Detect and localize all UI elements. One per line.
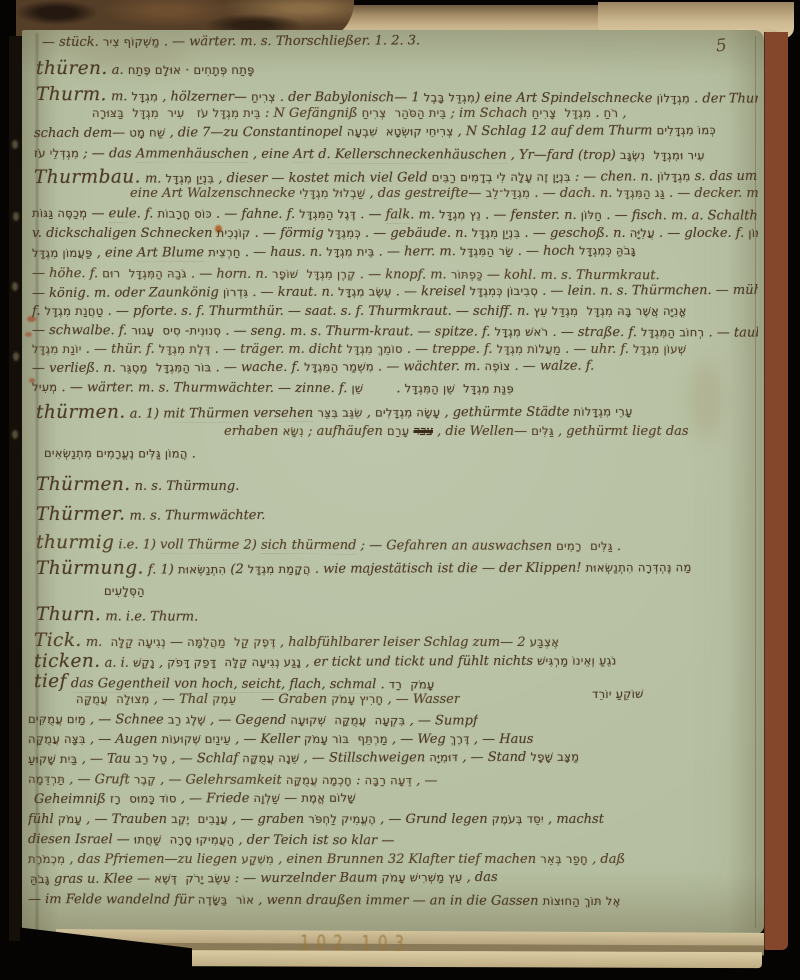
text-segment: . — taube. f. bbox=[704, 325, 758, 340]
hebrew-gloss: קֶרֶן מִגְדָּל bbox=[306, 267, 355, 281]
hebrew-gloss: דֶּגֶל הַמִּגְדָּל bbox=[299, 207, 356, 221]
text-segment: , — Sumpf bbox=[405, 713, 477, 728]
manuscript-line: תַּרְדֵּמָה , — Gruft קֶבֶר , — Gelehrsa… bbox=[28, 773, 438, 789]
text-segment: s. das ummauerte— bbox=[691, 169, 758, 185]
manuscript-line: Thurmbau. m. בִּנְיַן מִגְדָּל , dieser … bbox=[34, 164, 758, 188]
text-segment: . — wärter. m. s. Thorschließer. 1. 2. 3… bbox=[160, 34, 421, 49]
hebrew-gloss: עָמֹק bbox=[410, 677, 434, 691]
text-segment: 2 bbox=[517, 635, 529, 650]
manuscript-line: thüren. a. פָּתַח פְּתָחִים · אוּלָם פֶּ… bbox=[36, 58, 255, 79]
text-segment: — bbox=[166, 635, 187, 650]
hebrew-gloss: דֶּפֶק קַל bbox=[234, 635, 276, 649]
hebrew-gloss: צְרִיחֵי קוּשְׂטָא bbox=[386, 124, 454, 138]
hebrew-gloss: מִגְדָּל bbox=[565, 107, 592, 120]
hebrew-gloss: עָשָׂה מִגְדָּלִים bbox=[375, 405, 440, 419]
text-segment: . — wächter. m. bbox=[374, 360, 485, 375]
hebrew-gloss: עֵינַיִם שְׁקוּעוֹת bbox=[162, 733, 231, 746]
manuscript-line: thurmig i.e. 1) voll Thürme 2) sich thür… bbox=[36, 532, 621, 555]
text-segment: , bbox=[363, 406, 375, 421]
text-segment: , das gestreifte— bbox=[365, 187, 485, 201]
text-segment: , daß bbox=[588, 853, 625, 867]
text-segment: , eine bbox=[249, 147, 294, 162]
manuscript-line: גָּבֹהַּ gras u. Klee — עֵשֶׂב יָרֹק דֶּ… bbox=[30, 871, 498, 888]
manuscript-line: tief das Gegentheil von hoch, seicht, fl… bbox=[34, 671, 435, 694]
hebrew-gloss: שַׁחֲתוּ bbox=[134, 833, 162, 846]
hebrew-gloss: צוֹפֶה bbox=[485, 360, 511, 373]
text-segment: , N Schlag 12 auf dem Thurm bbox=[453, 124, 656, 139]
text-segment: , — Trauben bbox=[82, 813, 171, 827]
text-segment: — bbox=[87, 207, 108, 221]
hebrew-gloss: עָמֹק bbox=[58, 813, 82, 826]
text-segment: . — träger. m. dicht bbox=[211, 343, 347, 357]
hebrew-gloss: מִגְדַּל־לֵב bbox=[485, 187, 530, 200]
hebrew-gloss: בֵּית הַסֹּהַר bbox=[395, 107, 447, 120]
text-segment: förmig bbox=[280, 227, 324, 242]
text-segment: m. i.e. Thurm. bbox=[101, 609, 198, 624]
hebrew-gloss: שֵׁן bbox=[351, 381, 363, 395]
text-segment: . — bbox=[251, 227, 281, 241]
hebrew-gloss: שַׂר הַמִּגְדָּל bbox=[460, 244, 514, 258]
text-segment: diesen Israel — bbox=[28, 833, 134, 847]
manuscript-line: Thürmung. f. 1) הֲקָמַת מִגְדָּל 2) הִתְ… bbox=[36, 555, 692, 579]
entry-headword: Thurn. bbox=[36, 604, 101, 625]
hebrew-gloss: פָּתַח פְּתָחִים bbox=[194, 63, 255, 77]
hebrew-gloss: צָרִיחַ bbox=[532, 107, 557, 120]
text-segment: , — Schnee bbox=[86, 713, 168, 727]
hebrew-gloss: יִסֵּד בְּעֹמֶק bbox=[492, 813, 544, 826]
text-segment: . — geschoß. n. bbox=[520, 227, 629, 241]
manuscript-line: הֲמוֹן גַּלִּים נֶעֱרָמִים מִתְנַשְּׂאִי… bbox=[44, 447, 196, 462]
manuscript-line: בֵּית מִגְדָּל עֹז עִיר מִגְדָּל בַּצּוּ… bbox=[92, 107, 627, 122]
hebrew-gloss: מִשְׁמַר הַמִּגְדָּל bbox=[304, 360, 374, 374]
text-segment: eine Art Walzenschnecke bbox=[130, 187, 295, 202]
text-segment: m. bbox=[141, 171, 166, 186]
text-segment bbox=[154, 324, 162, 338]
text-segment: sich thürmend bbox=[261, 538, 357, 555]
text-segment: . — pforte. s. f. Thurmthür. — saat. s. … bbox=[103, 305, 473, 319]
text-segment: , Yr—fard (trop) bbox=[507, 148, 620, 163]
manuscript-line: — im Felde wandelnd für אוֹר בַּשָּׂדֶה … bbox=[28, 893, 621, 910]
manuscript-line: — könig. m. oder Zaunkönig גִּדְרוֹן . —… bbox=[32, 284, 758, 302]
text-segment: : bbox=[352, 773, 365, 788]
text-segment: . — bbox=[356, 207, 386, 222]
hebrew-gloss: סוֹד כָּמוּס bbox=[129, 792, 176, 806]
hebrew-gloss: רָז bbox=[110, 792, 121, 806]
hebrew-gloss: מַיִם עֲמֻקִּים bbox=[28, 713, 86, 726]
red-fore-edge bbox=[764, 32, 788, 950]
entry-headword: Thürmen. bbox=[36, 474, 131, 495]
hebrew-gloss: עָרַם bbox=[387, 425, 409, 438]
text-segment: , die 7—zu Constantinopel bbox=[165, 125, 346, 141]
hebrew-gloss: הִתְנַשְּׂאוּת bbox=[178, 562, 226, 576]
manuscript-line: מִגְדְּלֵי עֹז ; — das Ammenhäuschen , e… bbox=[34, 147, 705, 164]
manuscript-line: ticken. a. i. נָגַע נְגִיעָה קַלָּה דָּפ… bbox=[34, 648, 617, 672]
text-segment: aufhäufen bbox=[317, 425, 383, 440]
manuscript-line: diesen Israel — הַעֲמִיקוּ סָרָה שַׁחֲתו… bbox=[28, 833, 394, 849]
hebrew-gloss: חָרִיץ עָמֹק bbox=[331, 693, 383, 706]
manuscript-line: מְכַסֶּה גַּגּוֹת — eule. f. כּוֹס חֳרָב… bbox=[32, 207, 758, 224]
text-segment: , — Augen bbox=[86, 733, 162, 747]
manuscript-line: הַסְּלָעִים bbox=[104, 585, 145, 600]
hebrew-gloss: מַהֲלֻמָּה bbox=[187, 635, 226, 649]
hebrew-gloss: רָמִים bbox=[556, 539, 582, 553]
hebrew-gloss: בּוֹר עָמֹק bbox=[304, 733, 349, 746]
manuscript-line: — stück. מַשְׁקוֹף צִיר . — wärter. m. s… bbox=[42, 34, 420, 51]
text-segment: — im Felde wandelnd für bbox=[28, 893, 198, 908]
hebrew-gloss: שַׁח מָט bbox=[129, 125, 165, 139]
text-segment: mit Thürmen versehen bbox=[163, 406, 313, 423]
text-segment: voll Thürme bbox=[160, 537, 239, 554]
text-segment bbox=[556, 107, 564, 121]
hebrew-gloss: עֲנָבִים bbox=[198, 813, 228, 826]
hebrew-gloss: מִגְדָּלוֹן bbox=[657, 91, 690, 105]
text-segment: ; — Gefahren an auswachsen bbox=[356, 538, 556, 554]
hebrew-gloss: עֲמֻקָּה bbox=[76, 693, 108, 706]
manuscript-line: בַּיִת שָׁקוּעַ , — Tau טַל רַב , — Schl… bbox=[28, 751, 579, 768]
text-segment bbox=[226, 635, 234, 650]
text-segment bbox=[455, 381, 463, 396]
hebrew-gloss: גַּלִּים bbox=[590, 539, 613, 553]
hebrew-gloss: בִּנְיַן מִגְדָּל bbox=[166, 171, 215, 185]
hebrew-gloss: נֵץ מִגְדָּל bbox=[439, 207, 481, 221]
text-segment: , — Friede bbox=[177, 792, 254, 807]
text-segment: eule bbox=[109, 207, 137, 223]
text-segment: ; — das bbox=[79, 147, 136, 161]
manuscript-line: בִּצָּה עֲמֻקָּה , — Augen עֵינַיִם שְׁק… bbox=[28, 733, 533, 748]
hebrew-gloss: תַּרְדֵּמָה bbox=[28, 773, 65, 786]
hebrew-gloss: עָגוּר bbox=[131, 324, 154, 337]
text-segment: , gethürmt liegt das bbox=[554, 425, 689, 439]
text-segment bbox=[386, 107, 394, 121]
text-segment: . — fenster. n. bbox=[481, 208, 581, 223]
hebrew-gloss: רַד bbox=[389, 677, 402, 691]
hebrew-gloss: יֶקֶב bbox=[171, 813, 189, 826]
hebrew-gloss: חַלּוֹן bbox=[581, 208, 603, 222]
text-segment: Geheimniß bbox=[34, 792, 110, 807]
text-segment: erhaben bbox=[224, 425, 278, 440]
text-segment: n. s. Thürmung. bbox=[131, 479, 240, 494]
hebrew-gloss: פַּעֲמוֹן מִגְדָּל bbox=[32, 246, 93, 260]
text-segment: Ammenhäuschen bbox=[136, 147, 249, 164]
hebrew-gloss: גָּבֹהַּ כְּמִגְדָּל bbox=[579, 244, 636, 257]
text-segment: , — Haus bbox=[470, 733, 534, 747]
hebrew-gloss: מִגְדָּלוֹן bbox=[657, 169, 690, 183]
text-segment: , bbox=[618, 107, 626, 121]
hebrew-gloss: גֹּבַהּ הַמִּגְדָּל bbox=[129, 267, 187, 281]
hebrew-gloss: הֲקָמַת מִגְדָּל bbox=[248, 562, 311, 576]
entry-headword: thurmig bbox=[36, 532, 114, 553]
text-segment: , — Schlaf bbox=[167, 751, 242, 766]
manuscript-line: Thürmen. n. s. Thürmung. bbox=[36, 474, 239, 495]
entry-headword: Thürmer. bbox=[36, 504, 125, 525]
hebrew-gloss: סִיס bbox=[163, 324, 181, 338]
hebrew-gloss: בִּצָּה עֲמֻקָּה bbox=[28, 733, 86, 746]
hebrew-gloss: נְגִיעָה קַלָּה bbox=[111, 635, 166, 649]
manuscript-line: Thurn. m. i.e. Thurm. bbox=[36, 604, 198, 626]
entry-headword: ticken. bbox=[34, 651, 101, 672]
hebrew-gloss: מַצָּב שָׁפָל bbox=[530, 751, 579, 764]
hebrew-gloss: מִגְדְּלֵי עֹז bbox=[34, 147, 79, 160]
hebrew-gloss: נִשְׂגָּב bbox=[620, 148, 645, 162]
manuscript-text: — stück. מַשְׁקוֹף צִיר . — wärter. m. s… bbox=[0, 0, 762, 930]
hebrew-gloss: פַּעֲמוֹן bbox=[748, 227, 758, 240]
text-segment: , — Stillschweigen bbox=[299, 751, 429, 766]
manuscript-line: שׁוֹקֵעַ יוֹרֵד bbox=[592, 688, 644, 703]
text-segment: . — wärter. m. s. Thurmwächter. — zinne.… bbox=[57, 381, 351, 396]
hebrew-gloss: עֵץ מַשְׁרִישׁ עָמֹק bbox=[382, 871, 463, 885]
text-segment bbox=[378, 124, 386, 139]
hebrew-gloss: דּוּמִיָּה bbox=[429, 751, 458, 765]
text-segment: 2) bbox=[226, 562, 248, 577]
hebrew-gloss: דָּפַק דָּפֹק bbox=[167, 655, 216, 669]
hebrew-gloss: רְחוֹב הַמִּגְדָּל bbox=[641, 325, 704, 339]
entry-headword: tief bbox=[34, 671, 67, 692]
hebrew-gloss: בֵּית מִגְדָּל bbox=[326, 245, 374, 259]
text-segment: , — Weg bbox=[388, 733, 450, 747]
hebrew-gloss: עֵמֶק bbox=[212, 693, 236, 706]
hebrew-gloss: מִשְׁקָע bbox=[241, 853, 274, 866]
hebrew-gloss: צְרִיחַ bbox=[362, 107, 387, 120]
text-segment: . bbox=[188, 447, 196, 462]
manuscript-line: v. dickschaligen Schnecken קוֹנְכִית . —… bbox=[32, 227, 758, 242]
hebrew-gloss: עֲמֻקָּה bbox=[334, 713, 366, 727]
text-segment: , — Grund legen bbox=[376, 813, 492, 827]
hebrew-gloss: הַעֲמִיקוּ סָרָה bbox=[170, 833, 235, 847]
manuscript-line: erhaben נִשָּׂא ; aufhäufen צבר עָרַם , … bbox=[224, 425, 689, 440]
text-segment: . — decker. m. bbox=[665, 187, 758, 201]
text-segment: , er tickt und tickt und fühlt nichts bbox=[301, 654, 537, 670]
text-segment: — verließ. n. bbox=[32, 361, 120, 376]
text-segment: . — uhr. f. bbox=[561, 343, 633, 357]
text-segment bbox=[120, 267, 128, 281]
hebrew-gloss: אֶל תּוֹךְ הַחוּצוֹת bbox=[543, 894, 621, 908]
hebrew-gloss: מִגְדָּל bbox=[132, 89, 159, 103]
hebrew-gloss: שַׁבְלוּל מִגְדָּלִי bbox=[299, 187, 365, 200]
hebrew-gloss: אֳנִיָּה אֲשֶׁר בָּהּ מִגְדָּל bbox=[587, 305, 687, 318]
hebrew-gloss: שׁוֹפָר bbox=[272, 267, 298, 281]
hebrew-gloss: עָרֵי מִגְדָּלוֹת bbox=[574, 404, 633, 418]
text-segment: Schach bbox=[480, 107, 528, 122]
text-segment: a. i. bbox=[100, 656, 133, 671]
hebrew-gloss: קֶבֶר bbox=[134, 773, 156, 786]
text-segment: , — Gruft bbox=[65, 773, 134, 787]
hebrew-gloss: שִׂגֵּב בִּצֵּר bbox=[317, 406, 362, 420]
hebrew-gloss: פִּנַּת מִגְדָּל bbox=[463, 382, 514, 396]
text-segment: , halbfühlbarer leiser Schlag zum— bbox=[276, 635, 517, 650]
text-segment: : — chen. n. bbox=[571, 169, 657, 184]
text-segment: 2) bbox=[239, 538, 261, 553]
entry-headword: thürmen. bbox=[36, 402, 126, 423]
text-segment: . — gebäude. n. bbox=[361, 227, 472, 241]
text-segment: . bbox=[363, 381, 404, 396]
hebrew-gloss: מַרְתֵּף bbox=[357, 733, 387, 746]
hebrew-gloss: שְׁעוֹן מִגְדָּל bbox=[633, 343, 686, 356]
hebrew-gloss: חָכְמָה עֲמֻקָּה bbox=[286, 773, 352, 787]
hebrew-gloss: עֲלִיָּה bbox=[630, 227, 655, 240]
text-segment: , der Teich ist so klar — bbox=[234, 833, 394, 848]
text-segment: : N bbox=[261, 107, 289, 121]
bottom-page-edges bbox=[94, 950, 762, 968]
text-segment bbox=[148, 360, 156, 375]
text-segment: f. 1) bbox=[144, 562, 178, 577]
hebrew-gloss: כְּמוֹ מִגְדָּלִים bbox=[657, 124, 716, 137]
manuscript-scan: — stück. מַשְׁקוֹף צִיר . — wärter. m. s… bbox=[0, 0, 800, 980]
text-segment: . — horn. n. bbox=[187, 267, 272, 282]
text-segment: , die bbox=[433, 425, 470, 439]
text-segment: . — haus. n. bbox=[241, 245, 327, 260]
text-segment bbox=[645, 148, 653, 163]
hebrew-gloss: אוּלָם פֶּתַח bbox=[128, 63, 181, 77]
hebrew-gloss: רוּם bbox=[102, 267, 120, 280]
hebrew-gloss: צְרִיחַ bbox=[251, 90, 276, 104]
hebrew-gloss: בֵּית מִגְדָּל עֹז bbox=[197, 107, 261, 120]
text-segment bbox=[189, 813, 197, 827]
hebrew-gloss: בּוֹר הַמִּגְדָּל bbox=[156, 360, 212, 374]
hebrew-gloss: שֵׁן הַמִּגְדָּל bbox=[405, 381, 455, 395]
text-segment: , — Wasser bbox=[383, 693, 460, 707]
hebrew-gloss: גַּלִּים bbox=[531, 425, 554, 438]
page-number: 5 bbox=[715, 35, 728, 56]
text-segment: , wenn draußen immer — an in die Gassen bbox=[254, 893, 543, 909]
text-segment bbox=[159, 107, 167, 121]
text-segment: . — treppe. f. bbox=[403, 343, 497, 357]
manuscript-line: פַּעֲמוֹן מִגְדָּל , eine Art Blume חַרְ… bbox=[32, 244, 636, 262]
text-segment: — Graben bbox=[236, 693, 331, 707]
text-segment: schiff bbox=[473, 305, 509, 320]
hebrew-gloss: נִשָּׂא bbox=[283, 425, 304, 438]
hebrew-gloss: דֶּלֶת מִגְדָּל bbox=[159, 343, 211, 356]
text-segment bbox=[228, 893, 236, 908]
hebrew-gloss: סוֹמֵךְ מִגְדָּל bbox=[346, 343, 402, 356]
text-segment: — könig. m. oder Zaunkönig bbox=[32, 285, 223, 301]
text-segment: , das bbox=[462, 871, 497, 885]
text-segment: Wellen bbox=[470, 425, 514, 440]
hebrew-gloss: שַׁלְוָה bbox=[253, 792, 280, 805]
hebrew-gloss: בִּנְיַן מִגְדָּל bbox=[472, 227, 521, 240]
text-segment: — höhe. f. bbox=[32, 267, 102, 281]
hebrew-gloss: נָגַע נְגִיעָה קַלָּה bbox=[225, 655, 302, 669]
text-segment: m. s. Thurmwächter. bbox=[125, 508, 265, 524]
text-segment: f. bbox=[32, 305, 45, 319]
manuscript-line: מִכְמֹרֶת , das Pfriemen—zu liegen מִשְׁ… bbox=[28, 853, 625, 868]
text-segment: . — kraut. n. bbox=[248, 285, 338, 300]
text-segment: . — herr. m. bbox=[375, 244, 461, 259]
text-segment: . — wache. f. bbox=[211, 360, 304, 375]
hebrew-gloss: מַסְגֵּר bbox=[120, 360, 148, 374]
manuscript-line: thürmen. a. 1) mit Thürmen versehen עָשָ… bbox=[36, 399, 633, 423]
text-segment: , gethürmte Städte bbox=[440, 405, 573, 421]
hebrew-gloss: מַה נֶּהְדְּרָה הִתְנַשְּׂאוּת bbox=[586, 560, 692, 574]
entry-headword: thüren. bbox=[36, 58, 108, 79]
text-segment: m. bbox=[82, 635, 111, 650]
hebrew-gloss: הַסְּלָעִים bbox=[104, 585, 145, 598]
text-segment: . bbox=[613, 539, 621, 554]
hebrew-gloss: דֶּשֶׁא bbox=[154, 871, 177, 885]
text-segment: . — glocke. f. bbox=[655, 227, 749, 241]
hebrew-gloss: דֶּרֶךְ bbox=[450, 733, 470, 746]
text-segment: . n. bbox=[509, 305, 534, 319]
text-segment: · bbox=[181, 63, 193, 78]
text-segment: , machst bbox=[544, 813, 604, 827]
hebrew-gloss: מַשְׁקוֹף צִיר bbox=[103, 34, 160, 48]
text-segment: . wie majestätisch ist die — der Klippen… bbox=[311, 561, 586, 577]
hebrew-gloss: עִיר bbox=[167, 107, 184, 120]
manuscript-line: — höhe. f. גֹּבַהּ הַמִּגְדָּל רוּם . — … bbox=[32, 267, 660, 284]
hebrew-gloss: שִׁבְעָה bbox=[347, 125, 378, 139]
hebrew-gloss: מְצוּלָה bbox=[116, 693, 149, 706]
manuscript-line: Geheimniß סוֹד כָּמוּס רָז , — Friede שָ… bbox=[34, 792, 356, 808]
hebrew-gloss: שֶׁלֶג רַב bbox=[168, 713, 206, 727]
text-segment: i.e. 1) bbox=[114, 537, 160, 552]
hebrew-gloss: בַּצּוּרָה bbox=[92, 107, 124, 120]
text-segment bbox=[185, 107, 197, 121]
text-segment: . — fahne. f. bbox=[212, 207, 299, 222]
hebrew-gloss: רֹחַ bbox=[604, 107, 619, 120]
entry-headword: Thürmung. bbox=[36, 558, 144, 579]
hebrew-gloss: גָּבֹהַּ bbox=[30, 872, 50, 886]
text-segment bbox=[582, 539, 590, 554]
manuscript-line: מַיִם עֲמֻקִּים , — Schnee שֶׁלֶג רַב , … bbox=[28, 713, 478, 730]
manuscript-line: מְעִיל . — wärter. m. s. Thurmwächter. —… bbox=[32, 381, 514, 398]
hebrew-gloss: שֵׁנָה עֲמֻקָּה bbox=[242, 751, 299, 765]
hebrew-gloss: שָׁלוֹם אֱמֶת bbox=[301, 792, 356, 805]
text-segment: Gefängniß bbox=[289, 107, 358, 122]
manuscript-line: — verließ. n. בּוֹר הַמִּגְדָּל מַסְגֵּר… bbox=[32, 360, 594, 377]
text-segment: ; im bbox=[446, 107, 479, 121]
text-segment: — kohl. m. s. Thurmkraut. bbox=[483, 268, 660, 284]
text-segment: , — graben bbox=[228, 813, 308, 827]
manuscript-line: Thürmer. m. s. Thurmwächter. bbox=[36, 503, 265, 525]
text-segment: . — dach. n. bbox=[530, 187, 616, 201]
text-segment: , — Gelehrsamkeit bbox=[156, 773, 286, 788]
hebrew-gloss: מִכְמֹרֶת bbox=[28, 853, 65, 866]
text-segment: . bbox=[591, 107, 603, 121]
text-segment: a. bbox=[108, 63, 128, 78]
hebrew-gloss: אוֹר bbox=[236, 893, 254, 907]
hebrew-gloss: יוֹנַת מִגְדָּל bbox=[32, 343, 82, 356]
text-segment: — bbox=[514, 425, 531, 439]
hebrew-gloss: דֵּעָה רַבָּה bbox=[365, 773, 413, 787]
hebrew-gloss: סְנוּנִית bbox=[189, 324, 221, 338]
text-segment: — bbox=[280, 792, 301, 806]
shelfmark-on-page-edge: 102 103 bbox=[300, 930, 411, 955]
text-segment: : — wurzelnder Baum bbox=[231, 871, 382, 886]
hebrew-gloss: טַחֲנַת מִגְדָּל bbox=[45, 305, 104, 318]
text-segment: — stück. bbox=[42, 35, 103, 50]
hebrew-gloss: סְבִיבוֹן כְּמִגְדָּל bbox=[470, 284, 538, 298]
text-segment: gras u. Klee — bbox=[50, 871, 154, 886]
hebrew-gloss: עֵשֶׂב מִגְדָּל bbox=[338, 284, 392, 298]
text-segment: , das Pfriemen—zu liegen bbox=[65, 853, 241, 867]
hebrew-gloss: כַּפְתּוֹר bbox=[451, 267, 483, 281]
text-segment: . der Babylonisch— bbox=[276, 90, 412, 105]
text-segment: , bbox=[155, 655, 167, 670]
text-segment: fühl bbox=[28, 813, 58, 827]
manuscript-line: eine Art Walzenschnecke שַׁבְלוּל מִגְדָ… bbox=[130, 187, 758, 202]
hebrew-gloss: גַּג הַמִּגְדָּל bbox=[616, 187, 664, 200]
hebrew-gloss: גִּדְרוֹן bbox=[223, 285, 248, 299]
text-segment: . — knopf. m. bbox=[356, 267, 451, 282]
entry-headword: Tick. bbox=[34, 630, 82, 651]
hebrew-gloss: מִגְדָּל bbox=[132, 107, 159, 120]
text-segment bbox=[366, 713, 374, 728]
hebrew-gloss: נָקַשׁ bbox=[133, 655, 155, 669]
hebrew-gloss: הֲמוֹן גַּלִּים נֶעֱרָמִים מִתְנַשְּׂאִי… bbox=[44, 447, 188, 461]
entry-headword: Thurm. bbox=[36, 84, 107, 105]
text-segment: , — Gegend bbox=[206, 713, 291, 728]
text-segment: . — walze. f. bbox=[510, 360, 594, 374]
manuscript-line: schach dem— שַׁח מָט , die 7—zu Constant… bbox=[34, 124, 716, 142]
